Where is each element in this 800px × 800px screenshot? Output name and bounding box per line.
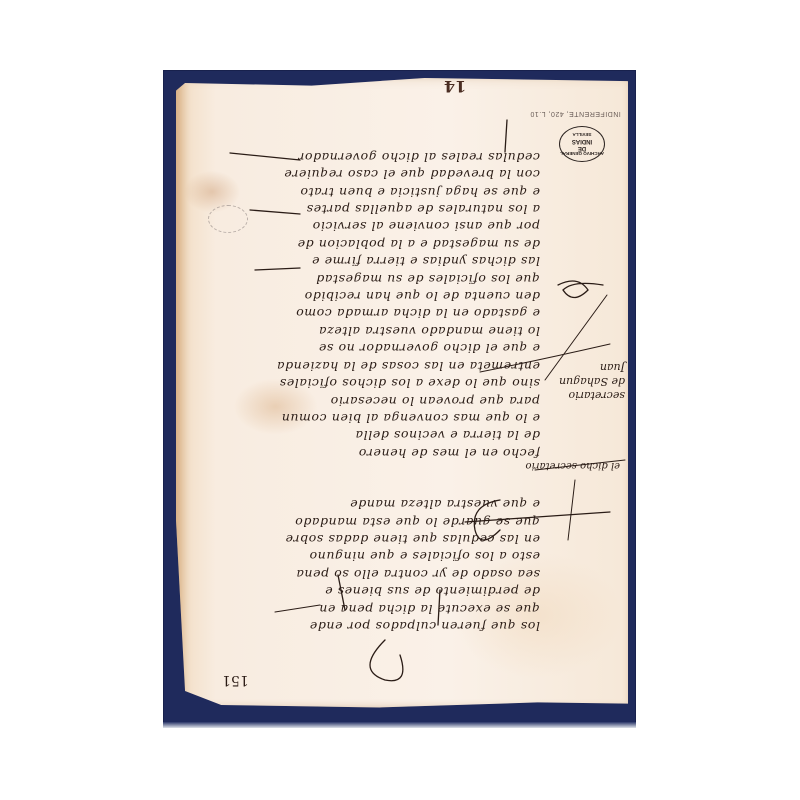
margin-note-line: de Sahagun [540, 374, 625, 388]
text-line: con la brevedad que el caso requiere [258, 166, 540, 183]
text-line: entremeta en las cosas de la hazienda [258, 357, 540, 374]
text-line: de la tierra e vecinos della [258, 427, 540, 444]
stamp-bottom-text: SEVILLA [573, 132, 592, 137]
text-line: que los oficiales de su magestad [258, 270, 540, 287]
text-line: lo tiene mandado vuestra alteza [258, 323, 540, 340]
archive-reference: INDIFERENTE, 420, L.10 [520, 110, 630, 117]
archive-reference-text: INDIFERENTE, 420, L.10 [530, 110, 621, 117]
margin-signature: secretario de Sahagun Juan [540, 360, 625, 402]
text-line: e gastado en la dicha armada como [258, 305, 540, 322]
text-line: de su magestad e a la poblacion de [258, 235, 540, 252]
text-line: e lo que mas convenga al bien comun [258, 410, 540, 427]
board-bottom-edge [163, 722, 636, 728]
text-line: por que ansi conviene al servicio [258, 218, 540, 235]
text-line: de perdimiento de sus bienes e [258, 583, 540, 600]
margin-annotation: el dicho secretario [520, 460, 620, 471]
margin-note-line: Juan [540, 360, 625, 374]
archive-stamp-icon: ARCHIVO GENERAL DE INDIAS SEVILLA [559, 126, 605, 162]
text-line: las dichas yndias e tierra firme e [258, 253, 540, 270]
text-line: a los naturales de aquellas partes [258, 201, 540, 218]
folio-number-bottom: 151 [222, 672, 249, 688]
faded-stamp-icon [208, 205, 248, 233]
text-line: sea osado de yr contra ello so pena [258, 565, 540, 582]
text-line: que se guarde lo que esta mandado [258, 513, 540, 530]
text-line: para que provean lo necesario [258, 392, 540, 409]
text-line: den cuenta de lo que han recibido [258, 288, 540, 305]
folio-number-top: 14 [444, 77, 466, 96]
text-line: e que el dicho governador no se [258, 340, 540, 357]
text-line: en las cedulas que tiene dadas sobre [258, 531, 540, 548]
paragraph-gap [258, 462, 540, 496]
text-line: e que se haga justicia e buen trato [258, 183, 540, 200]
stamp-top-text: ARCHIVO GENERAL [560, 151, 604, 156]
text-line: los que fueren culpados por ende [258, 618, 540, 635]
stamp-de-text: DE [578, 144, 586, 151]
text-line: que se execute la dicha pena en [258, 600, 540, 617]
text-line: fecho en el mes de henero [258, 444, 540, 461]
text-line: esto a los oficiales e que ninguno [258, 548, 540, 565]
text-line: sino que lo dexe a los dichos oficiales [258, 375, 540, 392]
stamp-indias-text: INDIAS [572, 137, 592, 144]
text-line: e que vuestra alteza mande [258, 496, 540, 513]
text-line: cedulas reales al dicho governador [258, 150, 540, 166]
manuscript-body-text: los que fueren culpados por ende que se … [258, 150, 540, 635]
margin-note-line: secretario [540, 388, 625, 402]
